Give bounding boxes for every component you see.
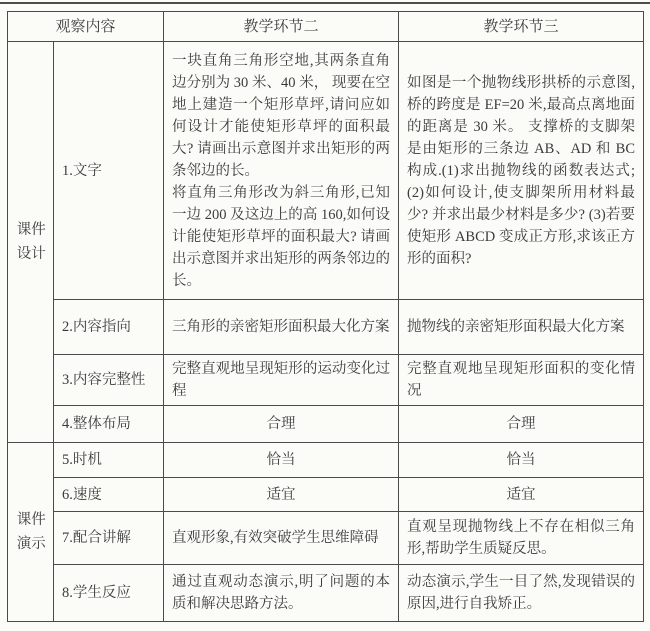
- header-teaching-segment-2: 教学环节二: [164, 12, 399, 42]
- table-row-content-completeness: 3.内容完整性 完整直观地呈现矩形的运动变化过程 完整直观地呈现矩形面积的变化情…: [8, 355, 644, 406]
- cell-segment2-overall-layout: 合理: [164, 406, 399, 443]
- cell-segment2-text: 一块直角三角形空地,其两条直角边分别为 30 米、40 米， 现要在空地上建造一…: [164, 42, 399, 300]
- row-label-speed: 6.速度: [54, 478, 164, 512]
- table-row-overall-layout: 4.整体布局 合理 合理: [8, 406, 644, 443]
- cell-segment3-speed: 适宜: [399, 478, 644, 512]
- paragraph-1: 一块直角三角形空地,其两条直角边分别为 30 米、40 米， 现要在空地上建造一…: [172, 50, 390, 182]
- row-label-coordinated-explanation: 7.配合讲解: [54, 512, 164, 565]
- cell-segment3-content-direction: 抛物线的亲密矩形面积最大化方案: [399, 300, 644, 355]
- scanned-document-page: { "table": { "header": { "col1": "观察内容",…: [0, 0, 650, 631]
- group-courseware-design: 课件设计: [8, 42, 54, 443]
- cell-segment3-student-reaction: 动态演示,学生一目了然,发现错误的原因,进行自我矫正。: [399, 565, 644, 622]
- row-label-content-direction: 2.内容指向: [54, 300, 164, 355]
- table-row-speed: 6.速度 适宜 适宜: [8, 478, 644, 512]
- cell-segment2-content-completeness: 完整直观地呈现矩形的运动变化过程: [164, 355, 399, 406]
- cell-segment3-text: 如图是一个抛物线形拱桥的示意图,桥的跨度是 EF=20 米,最高点离地面的距离是…: [399, 42, 644, 300]
- cell-segment2-coordinated-explanation: 直观形象,有效突破学生思维障碍: [164, 512, 399, 565]
- cell-segment3-coordinated-explanation: 直观呈现抛物线上不存在相似三角形,帮助学生质疑反思。: [399, 512, 644, 565]
- group-label: 课件设计: [16, 218, 46, 266]
- table-row-text: 课件设计 1.文字 一块直角三角形空地,其两条直角边分别为 30 米、40 米，…: [8, 42, 644, 300]
- table-row-coordinated-explanation: 7.配合讲解 直观形象,有效突破学生思维障碍 直观呈现抛物线上不存在相似三角形,…: [8, 512, 644, 565]
- header-observation-content: 观察内容: [8, 12, 164, 42]
- table-row-student-reaction: 8.学生反应 通过直观动态演示,明了问题的本质和解决思路方法。 动态演示,学生一…: [8, 565, 644, 622]
- row-label-content-completeness: 3.内容完整性: [54, 355, 164, 406]
- cell-segment2-speed: 适宜: [164, 478, 399, 512]
- cell-segment3-content-completeness: 完整直观地呈现矩形面积的变化情况: [399, 355, 644, 406]
- header-teaching-segment-3: 教学环节三: [399, 12, 644, 42]
- cell-segment2-timing: 恰当: [164, 443, 399, 478]
- observation-table: 观察内容 教学环节二 教学环节三 课件设计 1.文字 一块直角三角形空地,其两条…: [7, 11, 644, 622]
- row-label-student-reaction: 8.学生反应: [54, 565, 164, 622]
- paragraph-2: 将直角三角形改为斜三角形,已知一边 200 及这边上的高 160,如何设计能使矩…: [172, 182, 390, 292]
- cell-segment2-student-reaction: 通过直观动态演示,明了问题的本质和解决思路方法。: [164, 565, 399, 622]
- cell-segment3-overall-layout: 合理: [399, 406, 644, 443]
- group-label: 课件演示: [16, 508, 46, 556]
- group-courseware-presentation: 课件演示: [8, 443, 54, 622]
- page-top-rule: [0, 2, 650, 4]
- table-header-row: 观察内容 教学环节二 教学环节三: [8, 12, 644, 42]
- row-label-text: 1.文字: [54, 42, 164, 300]
- cell-segment2-content-direction: 三角形的亲密矩形面积最大化方案: [164, 300, 399, 355]
- table-row-timing: 课件演示 5.时机 恰当 恰当: [8, 443, 644, 478]
- cell-segment3-timing: 恰当: [399, 443, 644, 478]
- row-label-overall-layout: 4.整体布局: [54, 406, 164, 443]
- table-row-content-direction: 2.内容指向 三角形的亲密矩形面积最大化方案 抛物线的亲密矩形面积最大化方案: [8, 300, 644, 355]
- row-label-timing: 5.时机: [54, 443, 164, 478]
